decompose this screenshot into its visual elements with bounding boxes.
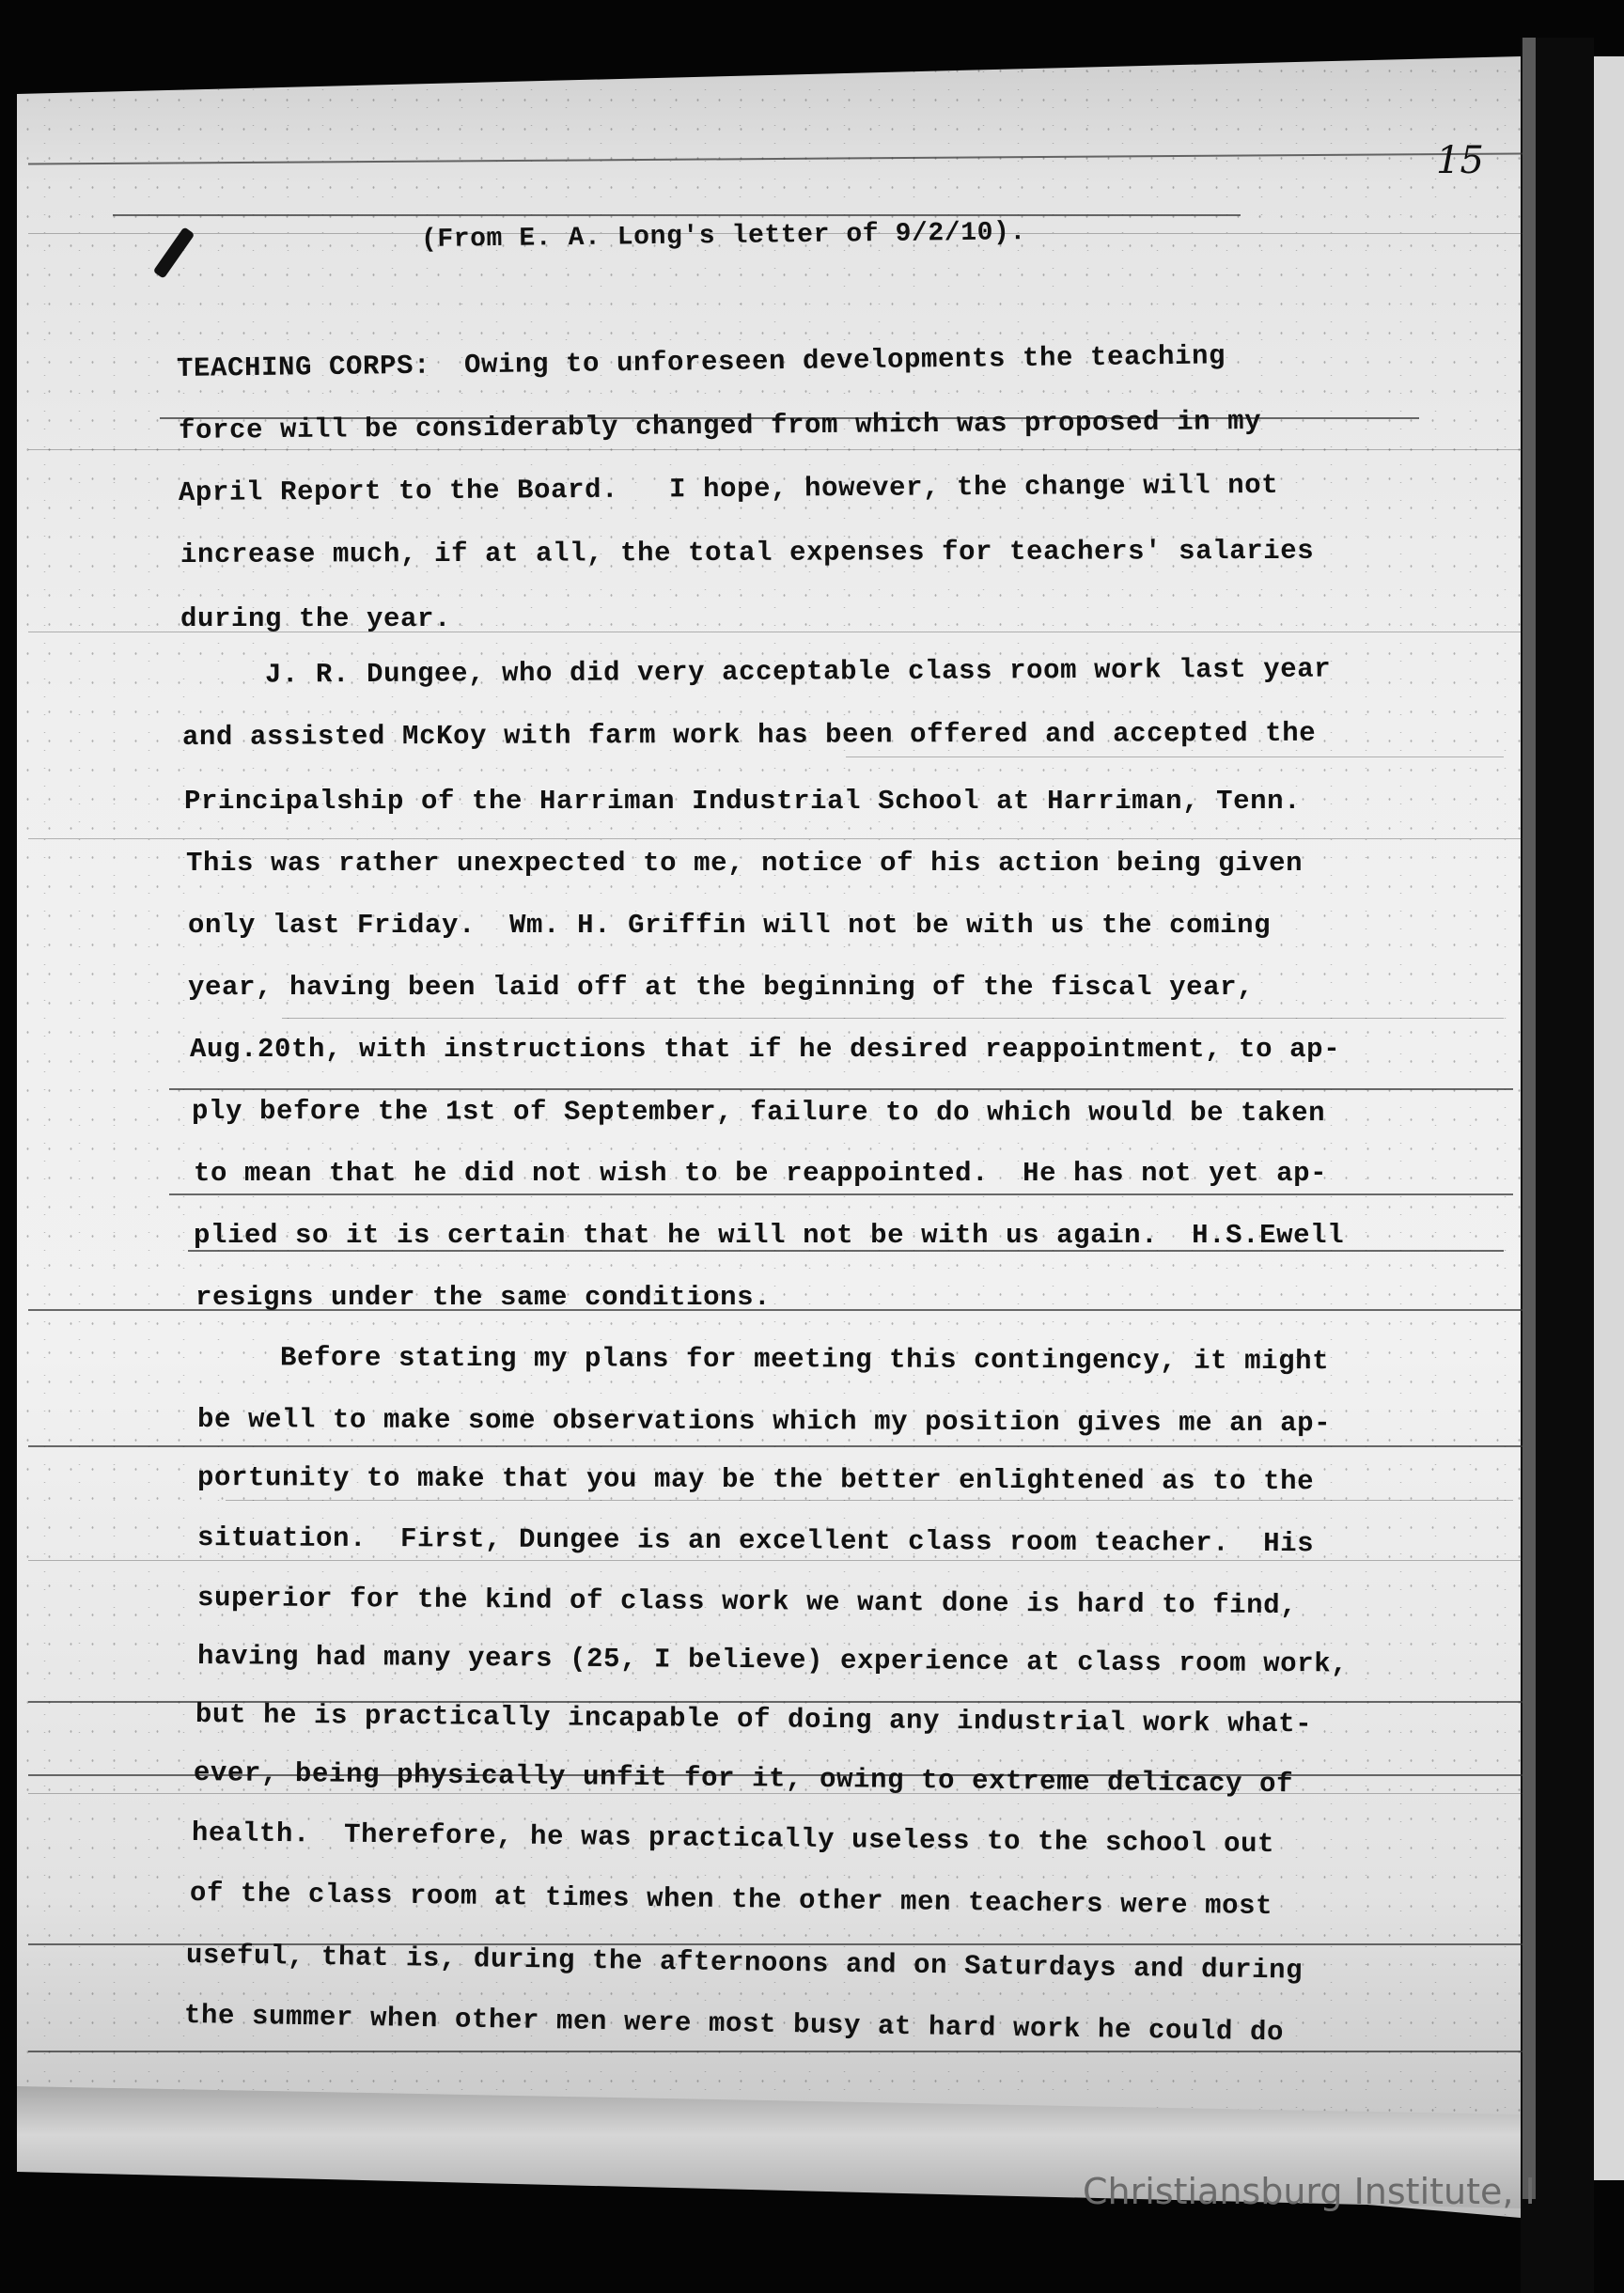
text-line: ply before the 1st of September, failure…	[192, 1096, 1325, 1129]
text-line: only last Friday. Wm. H. Griffin will no…	[188, 910, 1271, 941]
text-line: during the year.	[180, 603, 451, 634]
text-line: J. R. Dungee, who did very acceptable cl…	[180, 654, 1331, 691]
text-line: be well to make some observations which …	[197, 1404, 1331, 1439]
text-line: year, having been laid off at the beginn…	[188, 972, 1254, 1003]
text-line: situation. First, Dungee is an excellent…	[197, 1522, 1314, 1559]
text-line: to mean that he did not wish to be reapp…	[194, 1158, 1327, 1189]
page-number: 15	[1436, 139, 1484, 182]
ruled-line	[28, 449, 1522, 450]
text-line: plied so it is certain that he will not …	[194, 1220, 1344, 1251]
text-line: Before stating my plans for meeting this…	[195, 1342, 1329, 1377]
ruled-line	[169, 1088, 1513, 1090]
watermark: Christiansburg Institute, I	[1083, 2171, 1536, 2212]
text-line: increase much, if at all, the total expe…	[180, 536, 1314, 570]
ruled-line	[28, 838, 1522, 839]
text-line: Aug.20th, with instructions that if he d…	[190, 1034, 1340, 1065]
ruled-line	[169, 1193, 1513, 1195]
text-line: and assisted McKoy with farm work has be…	[182, 718, 1316, 753]
text-line: resigns under the same conditions.	[195, 1282, 771, 1313]
ruled-line	[28, 2051, 1522, 2052]
ruled-line	[28, 1560, 1522, 1561]
ruled-line	[846, 757, 1504, 757]
adjacent-page-strip	[1594, 56, 1624, 2180]
ruled-line	[282, 1018, 1504, 1019]
ruled-line	[113, 214, 1241, 216]
text-line: This was rather unexpected to me, notice…	[186, 848, 1303, 879]
text-line: portunity to make that you may be the be…	[197, 1462, 1314, 1497]
ruled-line	[28, 1445, 1522, 1447]
page-edge-fold	[1522, 38, 1536, 2199]
ruled-line	[226, 1500, 1513, 1501]
text-line: Principalship of the Harriman Industrial…	[184, 786, 1301, 817]
